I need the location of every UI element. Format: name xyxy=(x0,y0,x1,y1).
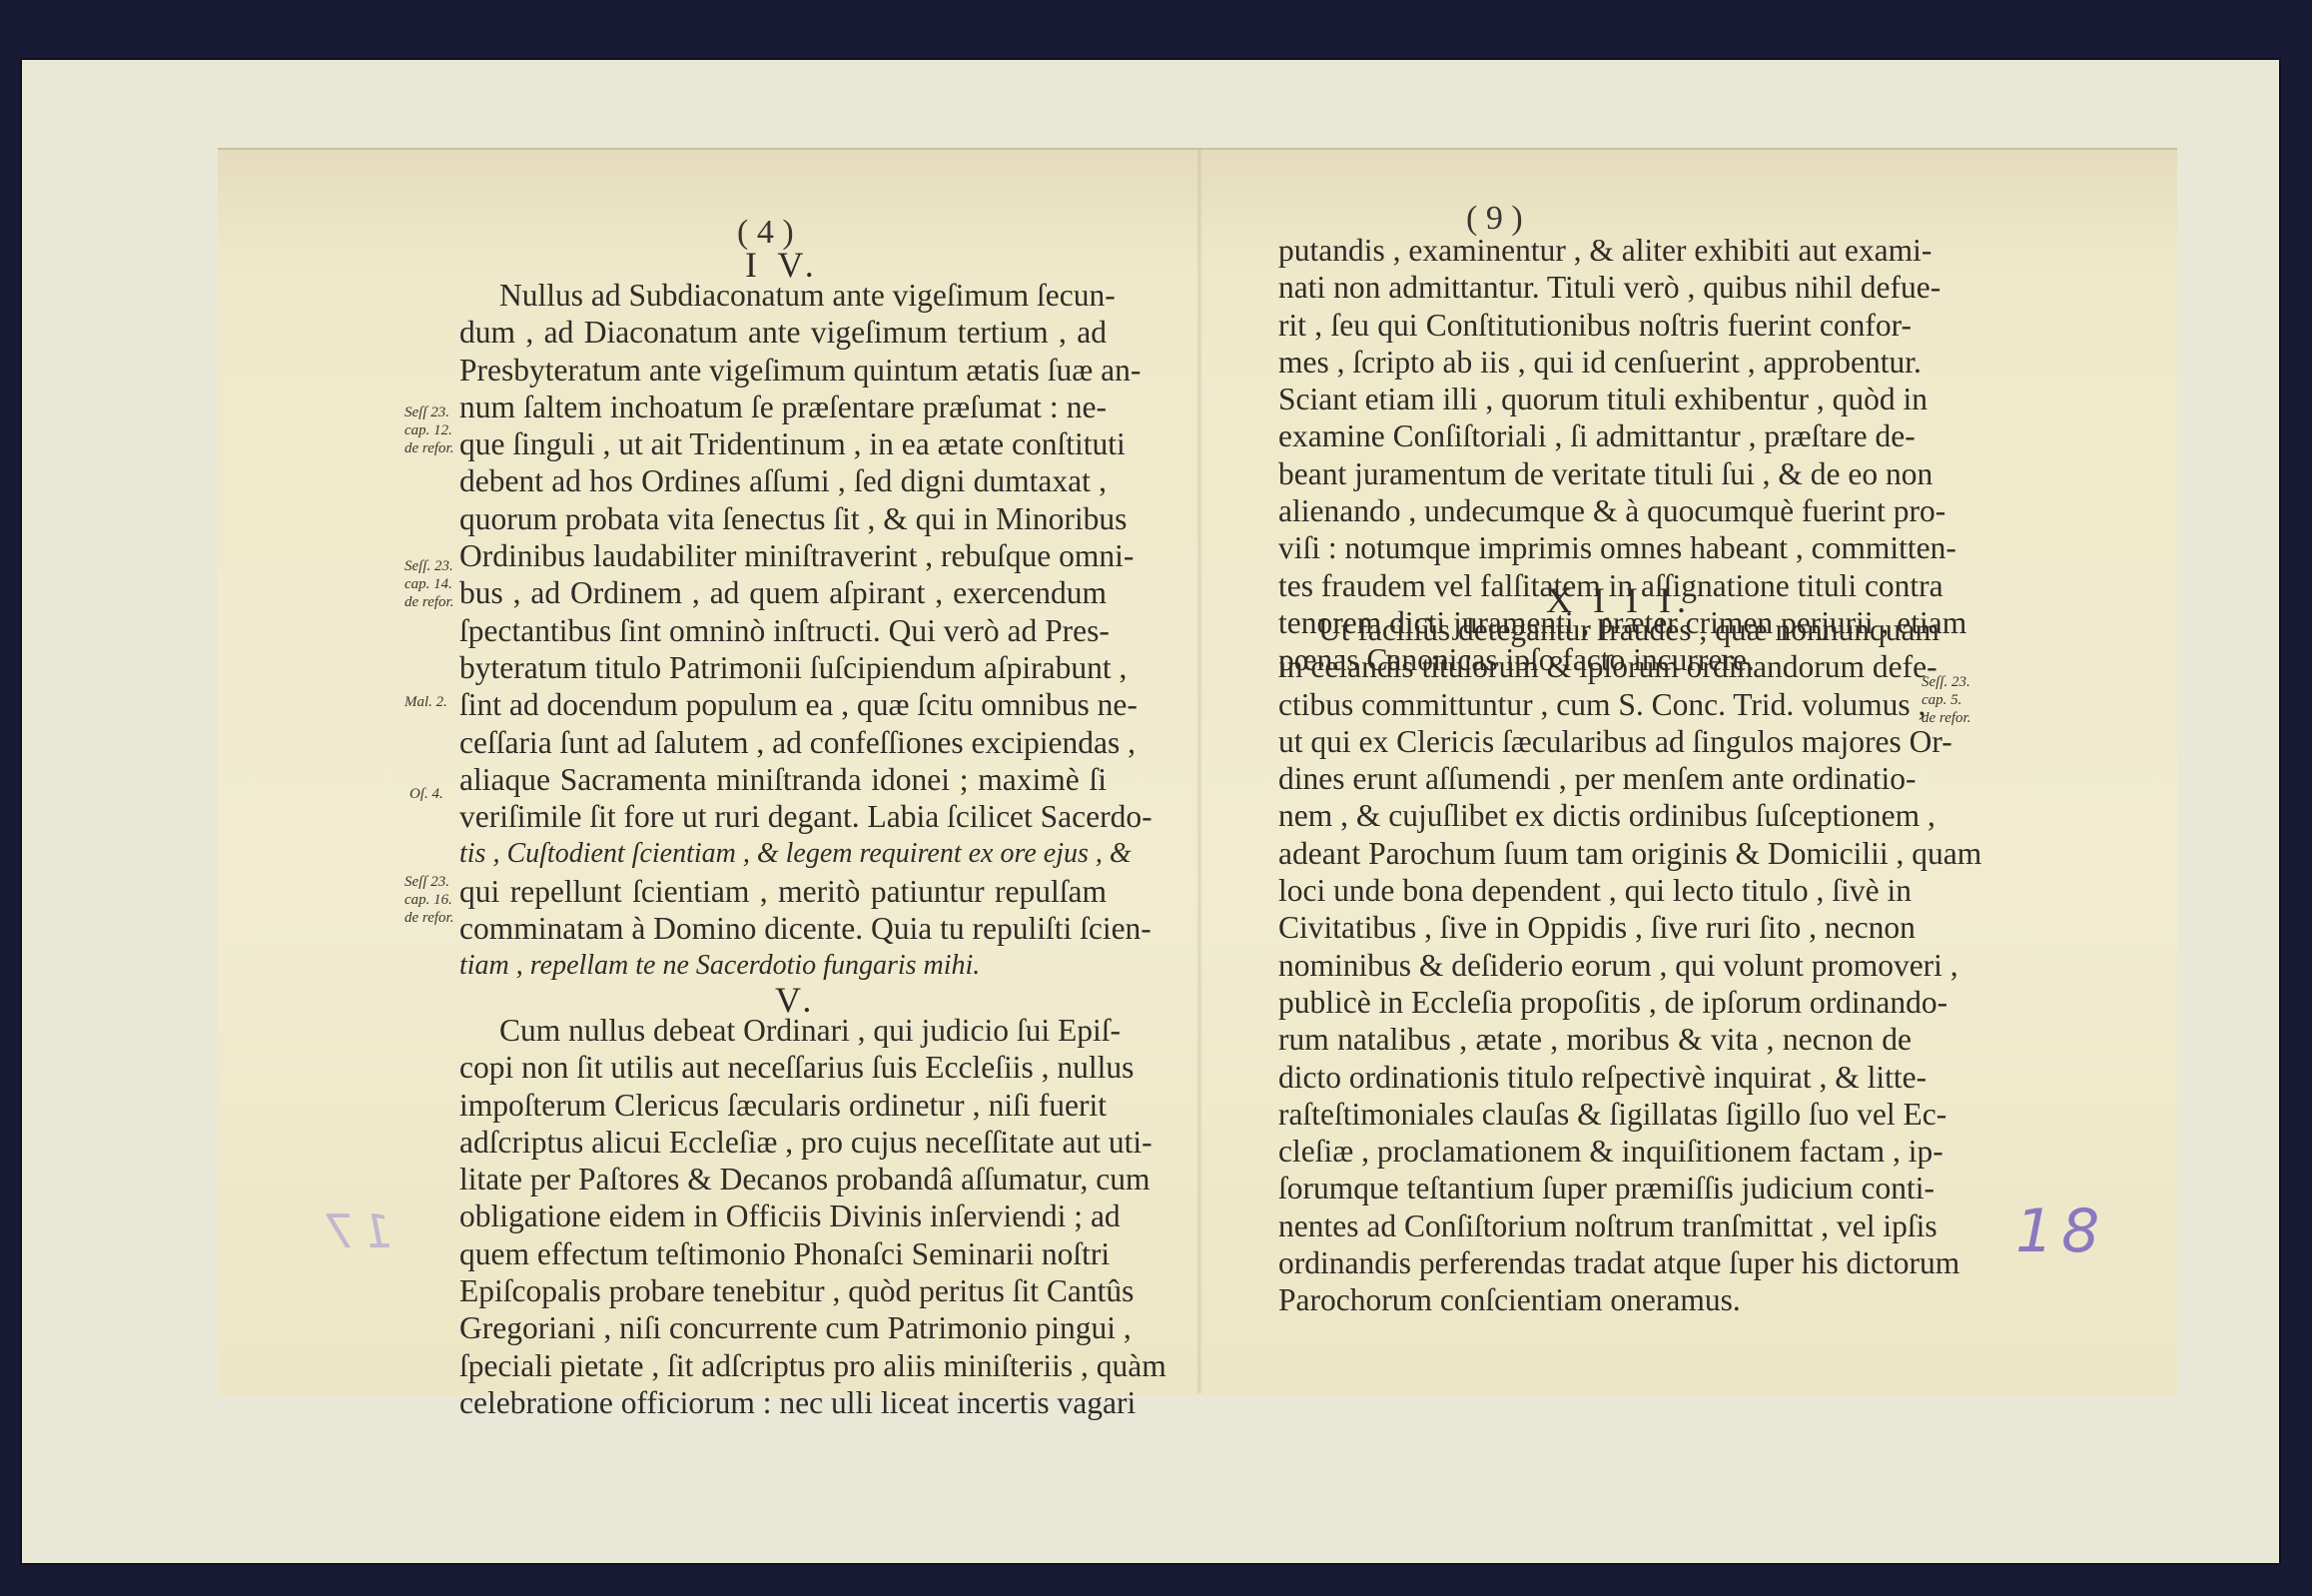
text-line: Cum nullus debeat Ordinari , qui judicio… xyxy=(459,1012,1107,1049)
text-line: publicè in Eccleſia propoſitis , de ipſo… xyxy=(1278,984,1912,1021)
text-line: byteratum titulo Patrimonii ſuſcipiendum… xyxy=(459,649,1107,686)
text-line: Nullus ad Subdiaconatum ante vigeſimum ſ… xyxy=(459,277,1107,314)
text-line: cleſiæ , proclamationem & inquiſitionem … xyxy=(1278,1133,1912,1170)
text-line: Ut faciliùs detegantur fraudes , quæ non… xyxy=(1278,611,1912,648)
text-line: bus , ad Ordinem , ad quem aſpirant , ex… xyxy=(459,574,1107,611)
text-line: nominibus & deſiderio eorum , qui volunt… xyxy=(1278,947,1912,984)
margin-note-mal2: Mal. 2. xyxy=(404,693,447,711)
text-line: dicto ordinationis titulo reſpectivè inq… xyxy=(1278,1059,1912,1096)
text-line: Parochorum conſcientiam oneramus. xyxy=(1278,1281,1912,1318)
text-line: nentes ad Conſiſtorium noſtrum tranſmitt… xyxy=(1278,1207,1912,1244)
handwritten-page-number-right: 18 xyxy=(2015,1197,2107,1266)
text-line: ſorumque teſtantium ſuper præmiſſis judi… xyxy=(1278,1170,1912,1206)
text-line: nem , & cujuſlibet ex dictis ordinibus ſ… xyxy=(1278,797,1912,834)
text-line: num ſaltem inchoatum ſe præſentare præſu… xyxy=(459,389,1107,425)
text-line: quem effectum teſtimonio Phonaſci Semina… xyxy=(459,1235,1107,1272)
text-line: beant juramentum de veritate tituli ſui … xyxy=(1278,455,1912,492)
text-line: comminatam à Domino dicente. Quia tu rep… xyxy=(459,910,1107,947)
text-line: rit , ſeu qui Conſtitutionibus noſtris f… xyxy=(1278,307,1912,344)
text-line: putandis , examinentur , & aliter exhibi… xyxy=(1278,232,1912,269)
text-line: alienando , undecumque & à quocumquè fue… xyxy=(1278,492,1912,529)
text-line: impoſterum Clericus ſæcularis ordinetur … xyxy=(459,1087,1107,1124)
text-line: ſint ad docendum populum ea , quæ ſcitu … xyxy=(459,686,1107,723)
text-line-italic: tis , Cuſtodient ſcientiam , & legem req… xyxy=(459,835,1107,872)
margin-note-sess23-cap14: Seſſ. 23. cap. 14. de refor. xyxy=(404,557,453,611)
text-line: Gregoriani , niſi concurrente cum Patrim… xyxy=(459,1309,1107,1346)
text-line: Sciant etiam illi , quorum tituli exhibe… xyxy=(1278,381,1912,417)
text-line: obligatione eidem in Officiis Divinis in… xyxy=(459,1197,1107,1234)
text-line: rum natalibus , ætate , moribus & vita ,… xyxy=(1278,1021,1912,1058)
text-line: que ſinguli , ut ait Tridentinum , in ea… xyxy=(459,425,1107,462)
handwritten-page-number-left: 17 xyxy=(318,1204,392,1258)
text-line: adeant Parochum ſuum tam originis & Domi… xyxy=(1278,835,1912,872)
margin-note-sess23-cap5: Seſſ. 23. cap. 5. de refor. xyxy=(1922,673,1970,727)
page-gutter xyxy=(1196,150,1202,1393)
text-line: Presbyteratum ante vigeſimum quintum æta… xyxy=(459,352,1107,389)
text-line: ſpectantibus ſint omninò inſtructi. Qui … xyxy=(459,612,1107,649)
text-line: dines erunt aſſumendi , per menſem ante … xyxy=(1278,760,1912,797)
text-line: in celandis titulorum & ipſorum ordinand… xyxy=(1278,648,1912,685)
text-line: ordinandis perferendas tradat atque ſupe… xyxy=(1278,1244,1912,1281)
left-section-v-body: Cum nullus debeat Ordinari , qui judicio… xyxy=(459,1012,1107,1421)
text-line: adſcriptus alicui Eccleſiæ , pro cujus n… xyxy=(459,1124,1107,1161)
margin-note-sess23-cap16: Seſſ 23. cap. 16. de refor. xyxy=(404,873,453,927)
text-line: viſi : notumque imprimis omnes habeant ,… xyxy=(1278,529,1912,566)
text-line: copi non ſit utilis aut neceſſarius ſuis… xyxy=(459,1049,1107,1086)
text-line: veriſimile ſit fore ut ruri degant. Labi… xyxy=(459,798,1107,835)
text-line: nati non admittantur. Tituli verò , quib… xyxy=(1278,269,1912,306)
text-line: Civitatibus , ſive in Oppidis , ſive rur… xyxy=(1278,909,1912,946)
text-line: raſteſtimoniales clauſas & ſigillatas ſi… xyxy=(1278,1096,1912,1133)
right-section-xiii-body: Ut faciliùs detegantur fraudes , quæ non… xyxy=(1278,611,1912,1319)
text-line: Epiſcopalis probare tenebitur , quòd per… xyxy=(459,1272,1107,1309)
text-line: debent ad hos Ordines aſſumi , ſed digni… xyxy=(459,462,1107,499)
text-line: quorum probata vita ſenectus ſit , & qui… xyxy=(459,500,1107,537)
text-line: ut qui ex Clericis ſæcularibus ad ſingul… xyxy=(1278,723,1912,760)
text-line: aliaque Sacramenta miniſtranda idonei ; … xyxy=(459,761,1107,798)
text-line: examine Conſiſtoriali , ſi admittantur ,… xyxy=(1278,417,1912,454)
text-line: ctibus committuntur , cum S. Conc. Trid.… xyxy=(1278,686,1912,723)
text-line: qui repellunt ſcientiam , meritò patiunt… xyxy=(459,873,1107,910)
text-line: dum , ad Diaconatum ante vigeſimum terti… xyxy=(459,314,1107,351)
text-line: ceſſaria ſunt ad ſalutem , ad confeſſion… xyxy=(459,724,1107,761)
text-line: celebratione officiorum : nec ulli licea… xyxy=(459,1384,1107,1421)
text-line: Ordinibus laudabiliter miniſtraverint , … xyxy=(459,537,1107,574)
text-line: loci unde bona dependent , qui lecto tit… xyxy=(1278,872,1912,909)
left-section-iv-body: Nullus ad Subdiaconatum ante vigeſimum ſ… xyxy=(459,277,1107,985)
text-line: mes , ſcripto ab iis , qui id cenſuerint… xyxy=(1278,344,1912,381)
text-line: ſpeciali pietate , ſit adſcriptus pro al… xyxy=(459,1347,1107,1384)
margin-note-os4: Oſ. 4. xyxy=(409,785,443,803)
margin-note-sess23-cap12: Seſſ 23. cap. 12. de refor. xyxy=(404,403,453,457)
text-line: litate per Paſtores & Decanos probandâ a… xyxy=(459,1161,1107,1197)
